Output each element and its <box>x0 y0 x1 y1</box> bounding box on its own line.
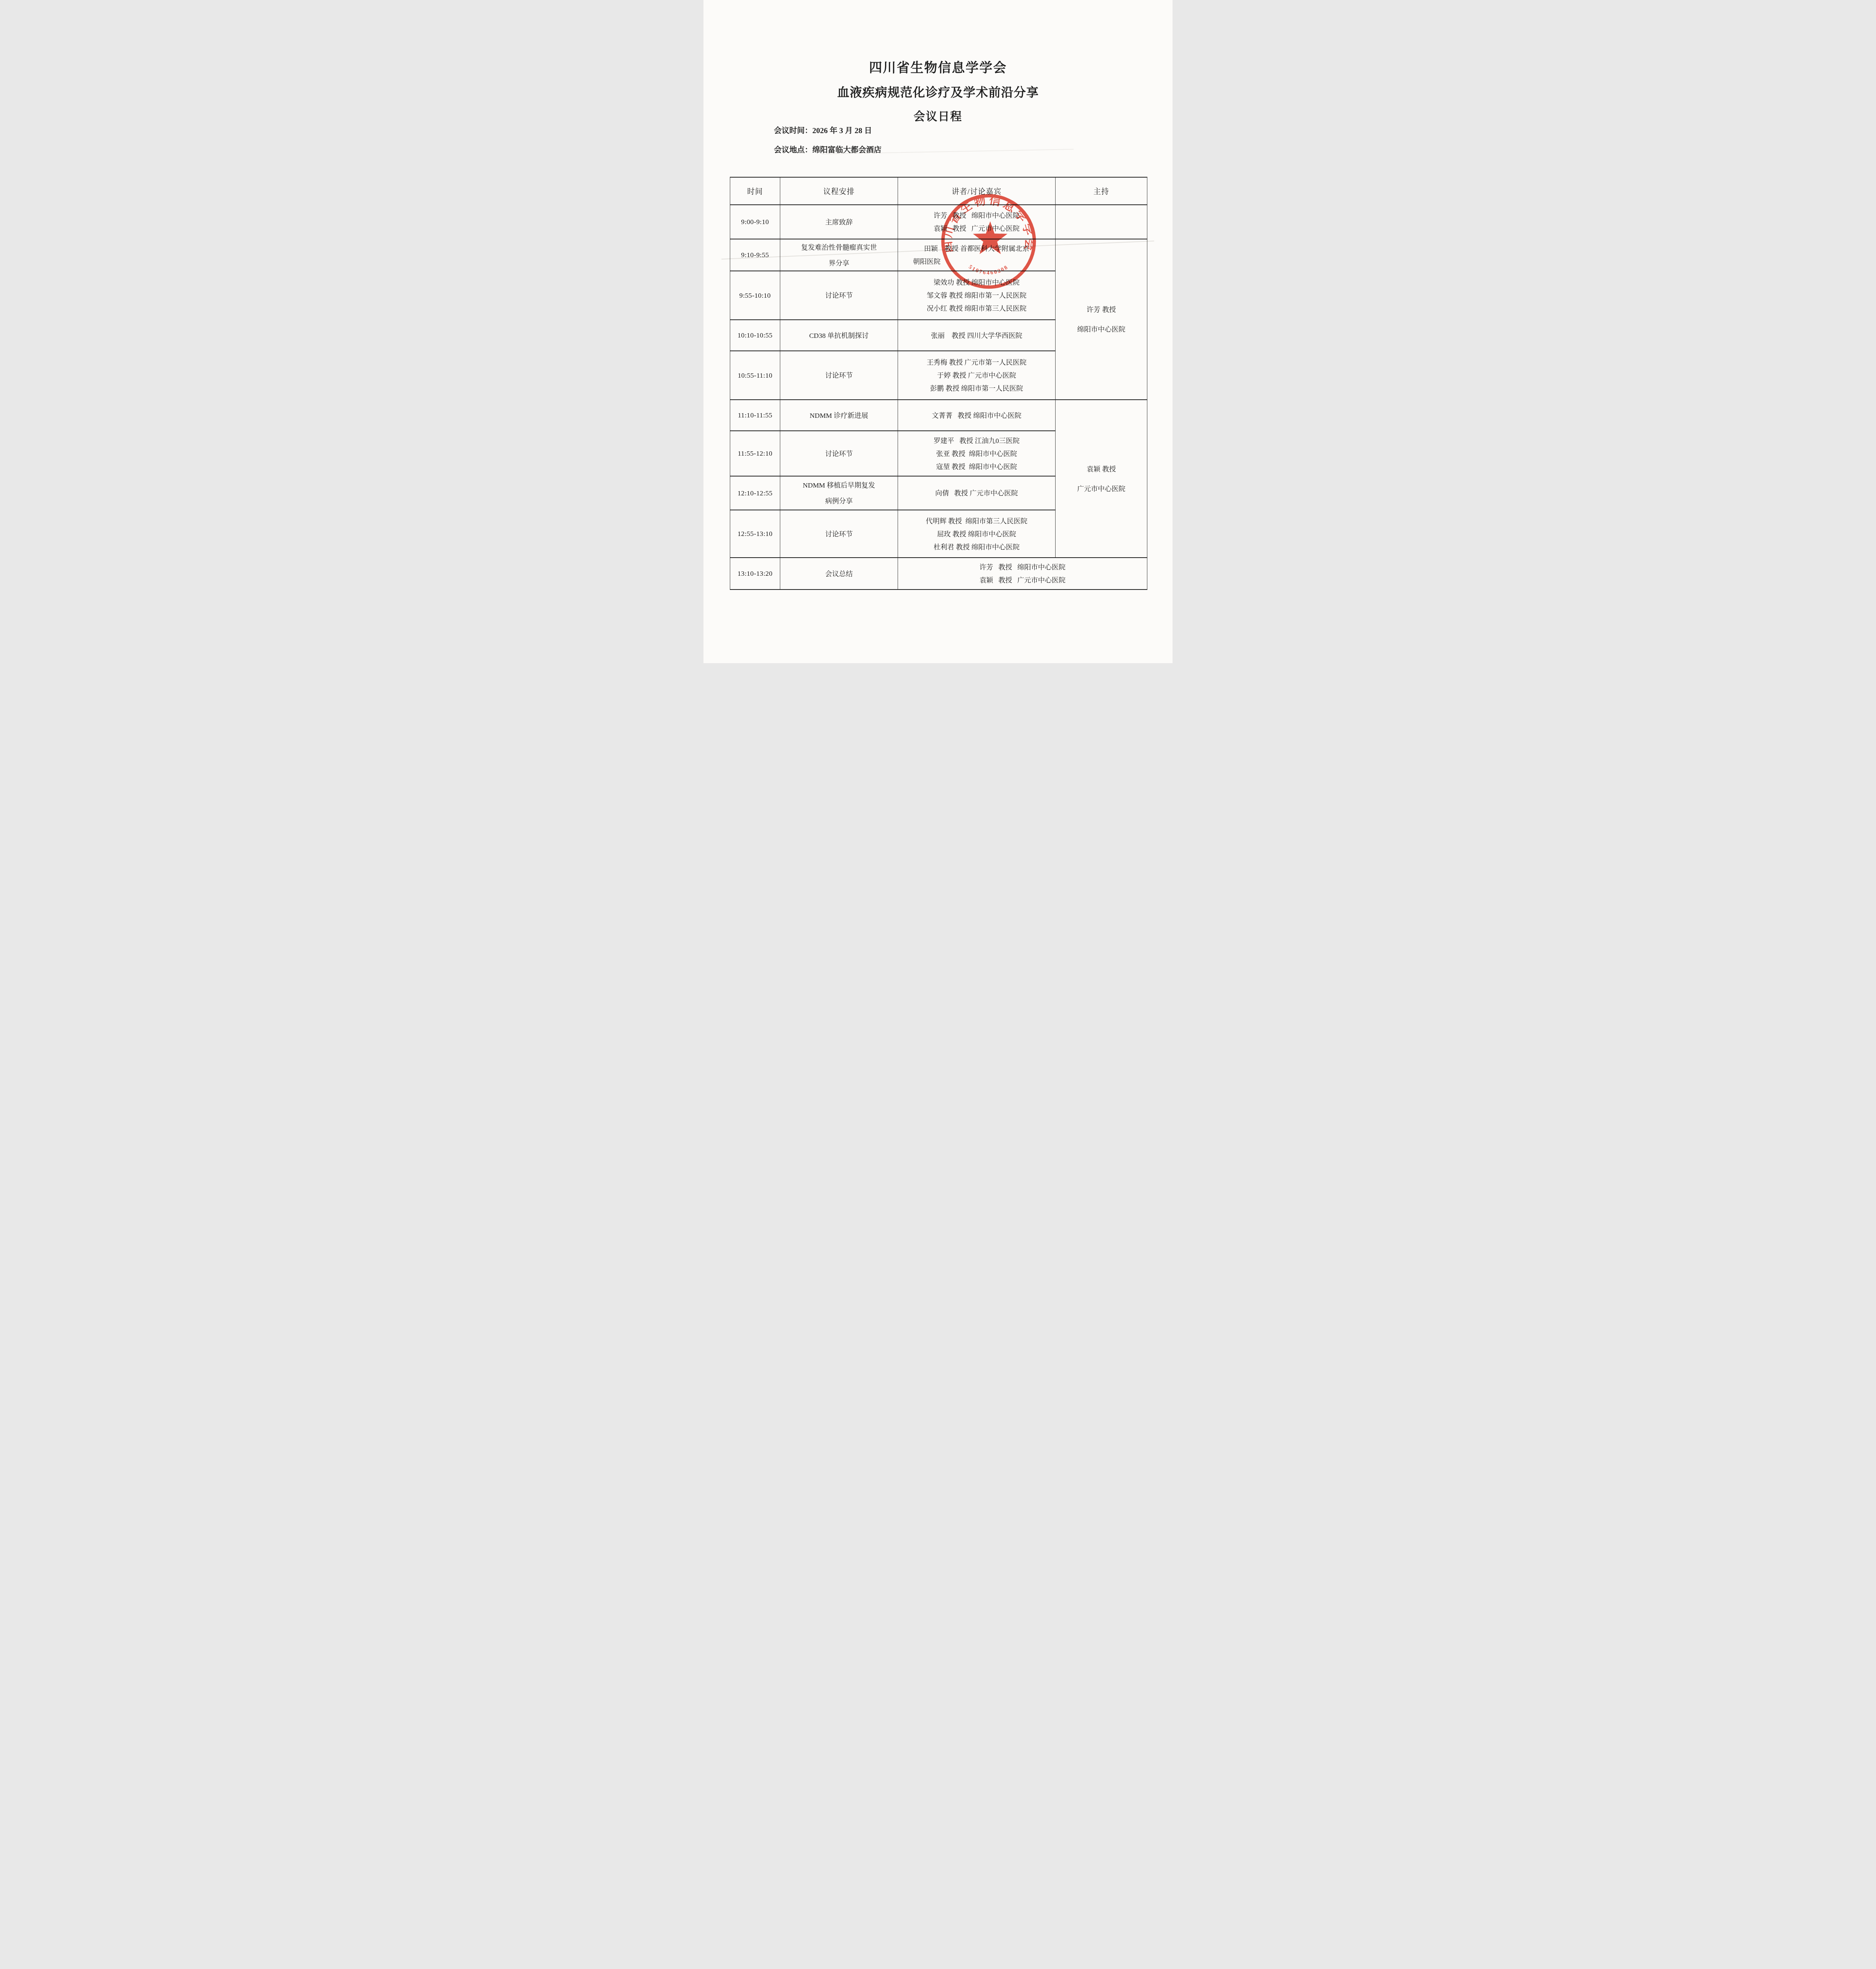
agenda-line: 复发难治性骨髓瘤真实世 <box>783 243 895 252</box>
speakers-cell: 文菁菁 教授 绵阳市中心医院 <box>898 400 1056 431</box>
speakers-cell-merged: 许芳 教授 绵阳市中心医院 袁颖 教授 广元市中心医院 <box>898 558 1147 590</box>
agenda-cell: 复发难治性骨髓瘤真实世 界分享 <box>780 239 898 271</box>
meeting-location-label: 会议地点： <box>774 146 813 154</box>
speaker-line: 许芳 教授 绵阳市中心医院 <box>900 211 1053 220</box>
host-hospital: 广元市中心医院 <box>1058 484 1145 493</box>
page-title: 四川省生物信息学学会 <box>703 57 1173 76</box>
agenda-cell: CD38 单抗机制探讨 <box>780 320 898 351</box>
time-cell: 12:10-12:55 <box>730 476 780 510</box>
agenda-line: 讨论环节 <box>783 291 895 300</box>
speaker-line: 梁效功 教授 绵阳市中心医院 <box>900 278 1053 287</box>
schedule-table: 时间 议程安排 讲者/讨论嘉宾 主持 9:00-9:10 主席致辞 许芳 教授 … <box>730 177 1147 590</box>
agenda-line: 病例分享 <box>783 496 895 506</box>
agenda-cell: NDMM 诊疗新进展 <box>780 400 898 431</box>
agenda-line: 讨论环节 <box>783 529 895 539</box>
time-cell: 13:10-13:20 <box>730 558 780 590</box>
speaker-line: 田颖 教授 首都医科大学附属北京 <box>900 244 1053 253</box>
time-cell: 9:00-9:10 <box>730 205 780 239</box>
speaker-line: 彭鹏 教授 绵阳市第一人民医院 <box>900 384 1053 393</box>
agenda-line: 会议总结 <box>783 569 895 578</box>
speaker-line: 屈玫 教授 绵阳市中心医院 <box>900 529 1053 539</box>
table-row: 9:10-9:55 复发难治性骨髓瘤真实世 界分享 田颖 教授 首都医科大学附属… <box>730 239 1147 271</box>
speakers-cell: 梁效功 教授 绵阳市中心医院 邹文蓉 教授 绵阳市第一人民医院 况小红 教授 绵… <box>898 271 1056 320</box>
agenda-heading: 会议日程 <box>703 108 1173 124</box>
speaker-line: 王秀梅 教授 广元市第一人民医院 <box>900 358 1053 367</box>
header-cell-agenda: 议程安排 <box>780 177 898 205</box>
agenda-line: 界分享 <box>783 258 895 268</box>
table-row: 13:10-13:20 会议总结 许芳 教授 绵阳市中心医院 袁颖 教授 广元市… <box>730 558 1147 590</box>
speaker-line: 邹文蓉 教授 绵阳市第一人民医院 <box>900 291 1053 300</box>
speakers-cell: 代明辉 教授 绵阳市第三人民医院 屈玫 教授 绵阳市中心医院 杜利君 教授 绵阳… <box>898 510 1056 558</box>
header-cell-speakers: 讲者/讨论嘉宾 <box>898 177 1056 205</box>
speaker-line: 代明辉 教授 绵阳市第三人民医院 <box>900 516 1053 526</box>
agenda-cell: 讨论环节 <box>780 351 898 400</box>
scanned-document-page: 四川省生物信息学学会 血液疾病规范化诊疗及学术前沿分享 会议日程 会议时间：20… <box>703 0 1173 663</box>
header-cell-host: 主持 <box>1056 177 1147 205</box>
host-name: 许芳 教授 <box>1058 305 1145 314</box>
table-row: 11:10-11:55 NDMM 诊疗新进展 文菁菁 教授 绵阳市中心医院 袁颖… <box>730 400 1147 431</box>
time-cell: 12:55-13:10 <box>730 510 780 558</box>
speaker-line: 向倩 教授 广元市中心医院 <box>900 488 1053 498</box>
time-cell: 11:55-12:10 <box>730 431 780 476</box>
host-cell-group1: 许芳 教授 绵阳市中心医院 <box>1056 239 1147 400</box>
agenda-line: 主席致辞 <box>783 217 895 227</box>
agenda-line: 讨论环节 <box>783 449 895 458</box>
host-cell-empty <box>1056 205 1147 239</box>
agenda-line: CD38 单抗机制探讨 <box>783 331 895 340</box>
speaker-line: 杜利君 教授 绵阳市中心医院 <box>900 542 1053 552</box>
meeting-time-label: 会议时间： <box>774 127 813 135</box>
agenda-cell: 讨论环节 <box>780 510 898 558</box>
time-cell: 10:55-11:10 <box>730 351 780 400</box>
host-name: 袁颖 教授 <box>1058 464 1145 474</box>
agenda-cell: 主席致辞 <box>780 205 898 239</box>
speaker-line: 于婷 教授 广元市中心医院 <box>900 371 1053 380</box>
header-cell-time: 时间 <box>730 177 780 205</box>
agenda-cell: 会议总结 <box>780 558 898 590</box>
speaker-line: 袁颖 教授 广元市中心医院 <box>900 575 1145 585</box>
speaker-line: 张丽 教授 四川大学华西医院 <box>900 331 1053 340</box>
speakers-cell: 田颖 教授 首都医科大学附属北京 朝阳医院 <box>898 239 1056 271</box>
time-cell: 9:10-9:55 <box>730 239 780 271</box>
speaker-line: 许芳 教授 绵阳市中心医院 <box>900 562 1145 572</box>
time-cell: 10:10-10:55 <box>730 320 780 351</box>
page-subtitle: 血液疾病规范化诊疗及学术前沿分享 <box>703 82 1173 100</box>
speaker-line: 况小红 教授 绵阳市第三人民医院 <box>900 304 1053 313</box>
time-cell: 9:55-10:10 <box>730 271 780 320</box>
agenda-cell: 讨论环节 <box>780 271 898 320</box>
table-row: 9:00-9:10 主席致辞 许芳 教授 绵阳市中心医院 袁颖 教授 广元市中心… <box>730 205 1147 239</box>
speaker-line: 张亚 教授 绵阳市中心医院 <box>900 449 1053 458</box>
agenda-cell: 讨论环节 <box>780 431 898 476</box>
speakers-cell: 张丽 教授 四川大学华西医院 <box>898 320 1056 351</box>
speakers-cell: 向倩 教授 广元市中心医院 <box>898 476 1056 510</box>
table-header-row: 时间 议程安排 讲者/讨论嘉宾 主持 <box>730 177 1147 205</box>
speaker-line: 袁颖 教授 广元市中心医院 <box>900 224 1053 233</box>
agenda-cell: NDMM 移植后早期复发 病例分享 <box>780 476 898 510</box>
meeting-time: 会议时间：2026 年 3 月 28 日 <box>774 124 872 135</box>
speaker-line: 罗建平 教授 江油九0三医院 <box>900 436 1053 445</box>
agenda-line: 讨论环节 <box>783 371 895 380</box>
host-hospital: 绵阳市中心医院 <box>1058 324 1145 334</box>
agenda-line: NDMM 移植后早期复发 <box>783 480 895 490</box>
agenda-line: NDMM 诊疗新进展 <box>783 411 895 420</box>
speakers-cell: 许芳 教授 绵阳市中心医院 袁颖 教授 广元市中心医院 <box>898 205 1056 239</box>
host-cell-group2: 袁颖 教授 广元市中心医院 <box>1056 400 1147 558</box>
speakers-cell: 王秀梅 教授 广元市第一人民医院 于婷 教授 广元市中心医院 彭鹏 教授 绵阳市… <box>898 351 1056 400</box>
speaker-line: 寇堃 教授 绵阳市中心医院 <box>900 462 1053 471</box>
speakers-cell: 罗建平 教授 江油九0三医院 张亚 教授 绵阳市中心医院 寇堃 教授 绵阳市中心… <box>898 431 1056 476</box>
meeting-time-value: 2026 年 3 月 28 日 <box>813 127 872 135</box>
time-cell: 11:10-11:55 <box>730 400 780 431</box>
speaker-line: 文菁菁 教授 绵阳市中心医院 <box>900 411 1053 420</box>
speaker-line: 朝阳医院 <box>900 257 1053 266</box>
